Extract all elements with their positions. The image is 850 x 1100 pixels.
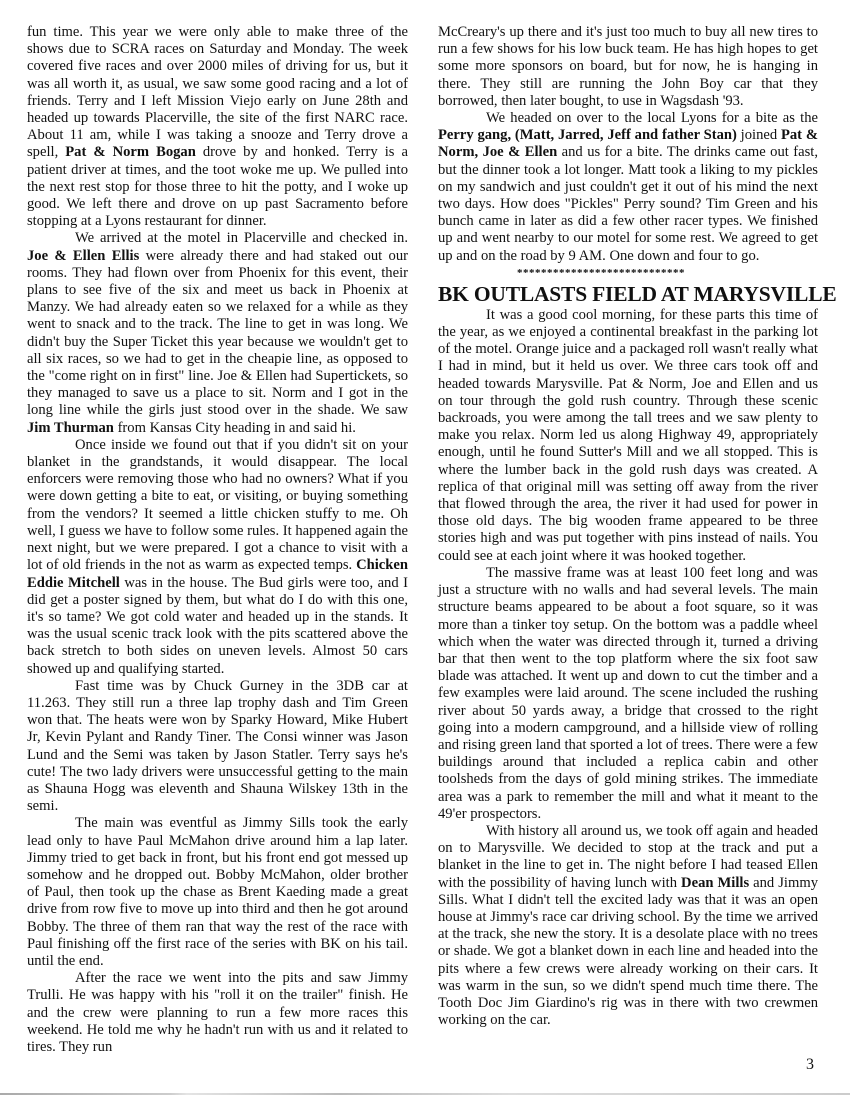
section-separator: **************************** bbox=[438, 266, 818, 280]
page-number: 3 bbox=[806, 1056, 814, 1074]
text-segment: and us for a bite. The drinks came out f… bbox=[438, 144, 818, 263]
left-column: fun time. This year we were only able to… bbox=[27, 24, 408, 1056]
text-segment: We headed on over to the local Lyons for… bbox=[486, 110, 818, 126]
paragraph: McCreary's up there and it's just too mu… bbox=[438, 24, 818, 110]
text-segment: were already there and had staked out ou… bbox=[27, 248, 408, 419]
paragraph: We headed on over to the local Lyons for… bbox=[438, 110, 818, 265]
paragraph: It was a good cool morning, for these pa… bbox=[438, 307, 818, 565]
paragraph: With history all around us, we took off … bbox=[438, 823, 818, 1029]
bold-name: Jim Thurman bbox=[27, 420, 114, 436]
text-segment: The main was eventful as Jimmy Sills too… bbox=[27, 815, 408, 969]
text-segment: McCreary's up there and it's just too mu… bbox=[438, 24, 818, 109]
right-column: McCreary's up there and it's just too mu… bbox=[438, 24, 818, 1029]
paragraph: Fast time was by Chuck Gurney in the 3DB… bbox=[27, 678, 408, 816]
bold-name: Joe & Ellen Ellis bbox=[27, 248, 139, 264]
bold-name: Pat & Norm Bogan bbox=[65, 144, 196, 160]
text-segment: It was a good cool morning, for these pa… bbox=[438, 307, 818, 564]
text-segment: from Kansas City heading in and said hi. bbox=[114, 420, 356, 436]
text-segment: joined bbox=[737, 127, 781, 143]
text-segment: We arrived at the motel in Placerville a… bbox=[75, 230, 408, 246]
page-bottom-edge bbox=[0, 1093, 850, 1095]
text-segment: Fast time was by Chuck Gurney in the 3DB… bbox=[27, 678, 408, 814]
bold-name: Dean Mills bbox=[681, 875, 749, 891]
text-segment: fun time. This year we were only able to… bbox=[27, 24, 408, 160]
paragraph: Once inside we found out that if you did… bbox=[27, 437, 408, 678]
text-segment: After the race we went into the pits and… bbox=[27, 970, 408, 1055]
paragraph: fun time. This year we were only able to… bbox=[27, 24, 408, 230]
bold-name: Perry gang, (Matt, Jarred, Jeff and fath… bbox=[438, 127, 737, 143]
text-segment: and Jimmy Sills. What I didn't tell the … bbox=[438, 875, 818, 1029]
article-headline: BK OUTLASTS FIELD AT MARYSVILLE bbox=[438, 282, 818, 306]
paragraph: After the race we went into the pits and… bbox=[27, 970, 408, 1056]
paragraph: The main was eventful as Jimmy Sills too… bbox=[27, 815, 408, 970]
paragraph: We arrived at the motel in Placerville a… bbox=[27, 230, 408, 436]
paragraph: The massive frame was at least 100 feet … bbox=[438, 565, 818, 823]
text-segment: The massive frame was at least 100 feet … bbox=[438, 565, 818, 822]
text-segment: Once inside we found out that if you did… bbox=[27, 437, 408, 573]
